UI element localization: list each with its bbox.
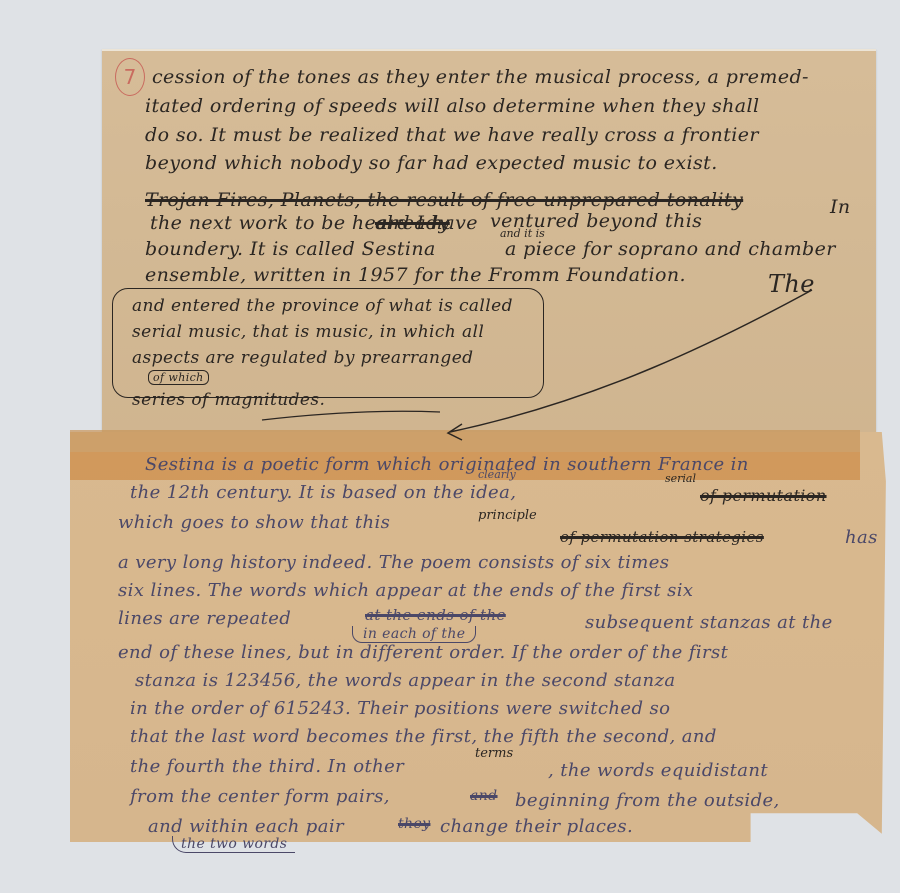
manuscript-line: cession of the tones as they enter the m… (152, 66, 809, 88)
manuscript-line: the 12th century. It is based on the ide… (130, 482, 516, 503)
manuscript-line: six lines. The words which appear at the… (118, 580, 693, 601)
manuscript-line: , the words equidistant (548, 760, 768, 781)
manuscript-line: which goes to show that this (118, 512, 390, 533)
struck-word: already (375, 212, 450, 234)
small-insert: of which (148, 370, 209, 385)
struck-phrase: of permutation strategies (560, 528, 764, 546)
struck-phrase: at the ends of the (365, 606, 506, 624)
bracketed-insert-line: aspects are regulated by prearranged (132, 348, 473, 368)
bracketed-insert-line: serial music, that is music, in which al… (132, 322, 484, 342)
struck-phrase: of permutation (700, 486, 827, 505)
manuscript-line: lines are repeated (118, 608, 291, 629)
manuscript-line: a very long history indeed. The poem con… (118, 552, 669, 573)
manuscript-line: a piece for soprano and chamber (505, 238, 836, 260)
manuscript-line: has (845, 527, 878, 548)
bracketed-insert-line: series of magnitudes. (132, 390, 325, 410)
manuscript-line: change their places. (440, 816, 633, 837)
manuscript-line: subsequent stanzas at the (585, 612, 833, 633)
insert-text: principle (478, 508, 537, 523)
manuscript-line: in the order of 615243. Their positions … (130, 698, 670, 719)
struck-word: they (398, 816, 430, 832)
manuscript-line: beginning from the outside, (515, 790, 780, 811)
manuscript-line: the fourth the third. In other (130, 756, 404, 777)
manuscript-line: and within each pair (148, 816, 344, 837)
manuscript-line: ensemble, written in 1957 for the Fromm … (145, 264, 686, 286)
manuscript-line: beyond which nobody so far had expected … (145, 152, 718, 174)
insert-text: clearly (478, 468, 516, 481)
manuscript-line: In (830, 196, 851, 218)
struck-word: and (470, 788, 498, 804)
insert-text: in each of the (352, 626, 476, 643)
insert-text: serial (665, 472, 696, 485)
manuscript-line: end of these lines, but in different ord… (118, 642, 728, 663)
manuscript-line: from the center form pairs, (130, 786, 390, 807)
struck-line: Trojan Fires, Planets, the result of fre… (145, 189, 743, 211)
bracketed-insert-line: and entered the province of what is call… (132, 296, 513, 316)
adhesive-tape-strip (70, 430, 860, 452)
insert-text: the two words (172, 836, 295, 853)
manuscript-line: boundery. It is called Sestina (145, 238, 436, 260)
page-number-marker: 7 (115, 58, 145, 96)
manuscript-line: itated ordering of speeds will also dete… (145, 95, 759, 117)
manuscript-line: stanza is 123456, the words appear in th… (135, 670, 676, 691)
manuscript-line: do so. It must be realized that we have … (145, 124, 759, 146)
manuscript-line: The (768, 270, 815, 298)
manuscript-line: that the last word becomes the first, th… (130, 726, 717, 747)
manuscript-line: Sestina is a poetic form which originate… (145, 454, 749, 475)
insert-text: terms (475, 746, 513, 761)
